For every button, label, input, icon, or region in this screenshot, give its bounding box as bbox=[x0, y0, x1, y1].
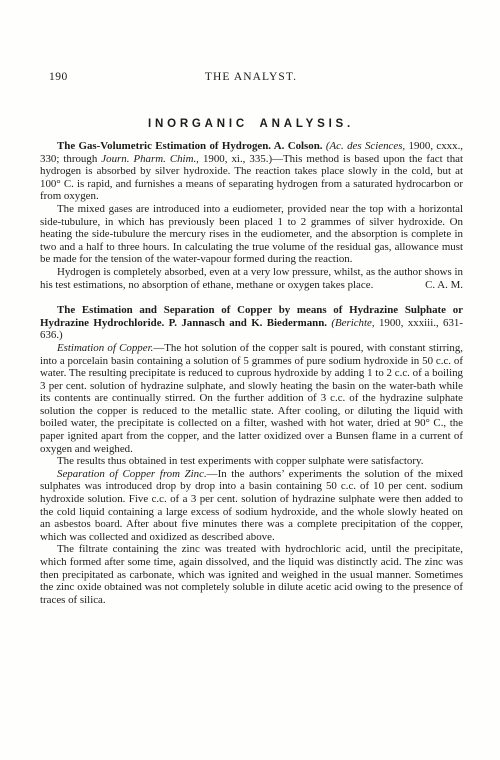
paragraph: Hydrogen is completely absorbed, even at… bbox=[40, 266, 463, 291]
reviewer-initials: C. A. M. bbox=[408, 279, 463, 292]
paragraph: The filtrate containing the zinc was tre… bbox=[40, 543, 463, 606]
paragraph: The Gas-Volumetric Estimation of Hydroge… bbox=[40, 140, 463, 203]
running-title: THE ANALYST. bbox=[205, 71, 297, 83]
paragraph: Estimation of Copper.—The hot solution o… bbox=[40, 342, 463, 455]
text-segment-italic: Journ. Pharm. Chim., bbox=[101, 153, 203, 165]
text-segment-plain: —The hot solution of the copper salt is … bbox=[40, 342, 463, 455]
article: The Estimation and Separation of Copper … bbox=[40, 304, 463, 606]
page-number: 190 bbox=[49, 71, 68, 83]
paragraph: The mixed gases are introduced into a eu… bbox=[40, 203, 463, 266]
text-segment-italic: Separation of Copper from Zinc. bbox=[57, 468, 207, 480]
article-content: The Gas-Volumetric Estimation of Hydroge… bbox=[40, 140, 463, 606]
paragraph: The Estimation and Separation of Copper … bbox=[40, 304, 463, 342]
text-segment-plain: Hydrogen is completely absorbed, even at… bbox=[40, 266, 463, 291]
text-segment-italic: Estimation of Copper. bbox=[57, 342, 153, 354]
paragraph: Separation of Copper from Zinc.—In the a… bbox=[40, 468, 463, 544]
section-heading: INORGANIC ANALYSIS. bbox=[40, 118, 462, 130]
page-header: 190 THE ANALYST. bbox=[40, 71, 462, 83]
text-segment-plain: The results thus obtained in test experi… bbox=[57, 455, 423, 467]
text-segment-italic: (Berichte, bbox=[331, 317, 379, 329]
article: The Gas-Volumetric Estimation of Hydroge… bbox=[40, 140, 463, 291]
text-segment-plain: The filtrate containing the zinc was tre… bbox=[40, 543, 463, 605]
text-segment-plain: The mixed gases are introduced into a eu… bbox=[40, 203, 463, 265]
text-segment-bold: The Gas-Volumetric Estimation of Hydroge… bbox=[57, 140, 326, 152]
paragraph: The results thus obtained in test experi… bbox=[40, 455, 463, 468]
text-segment-italic: (Ac. des Sciences, bbox=[326, 140, 409, 152]
journal-page: 190 THE ANALYST. INORGANIC ANALYSIS. The… bbox=[0, 0, 500, 760]
